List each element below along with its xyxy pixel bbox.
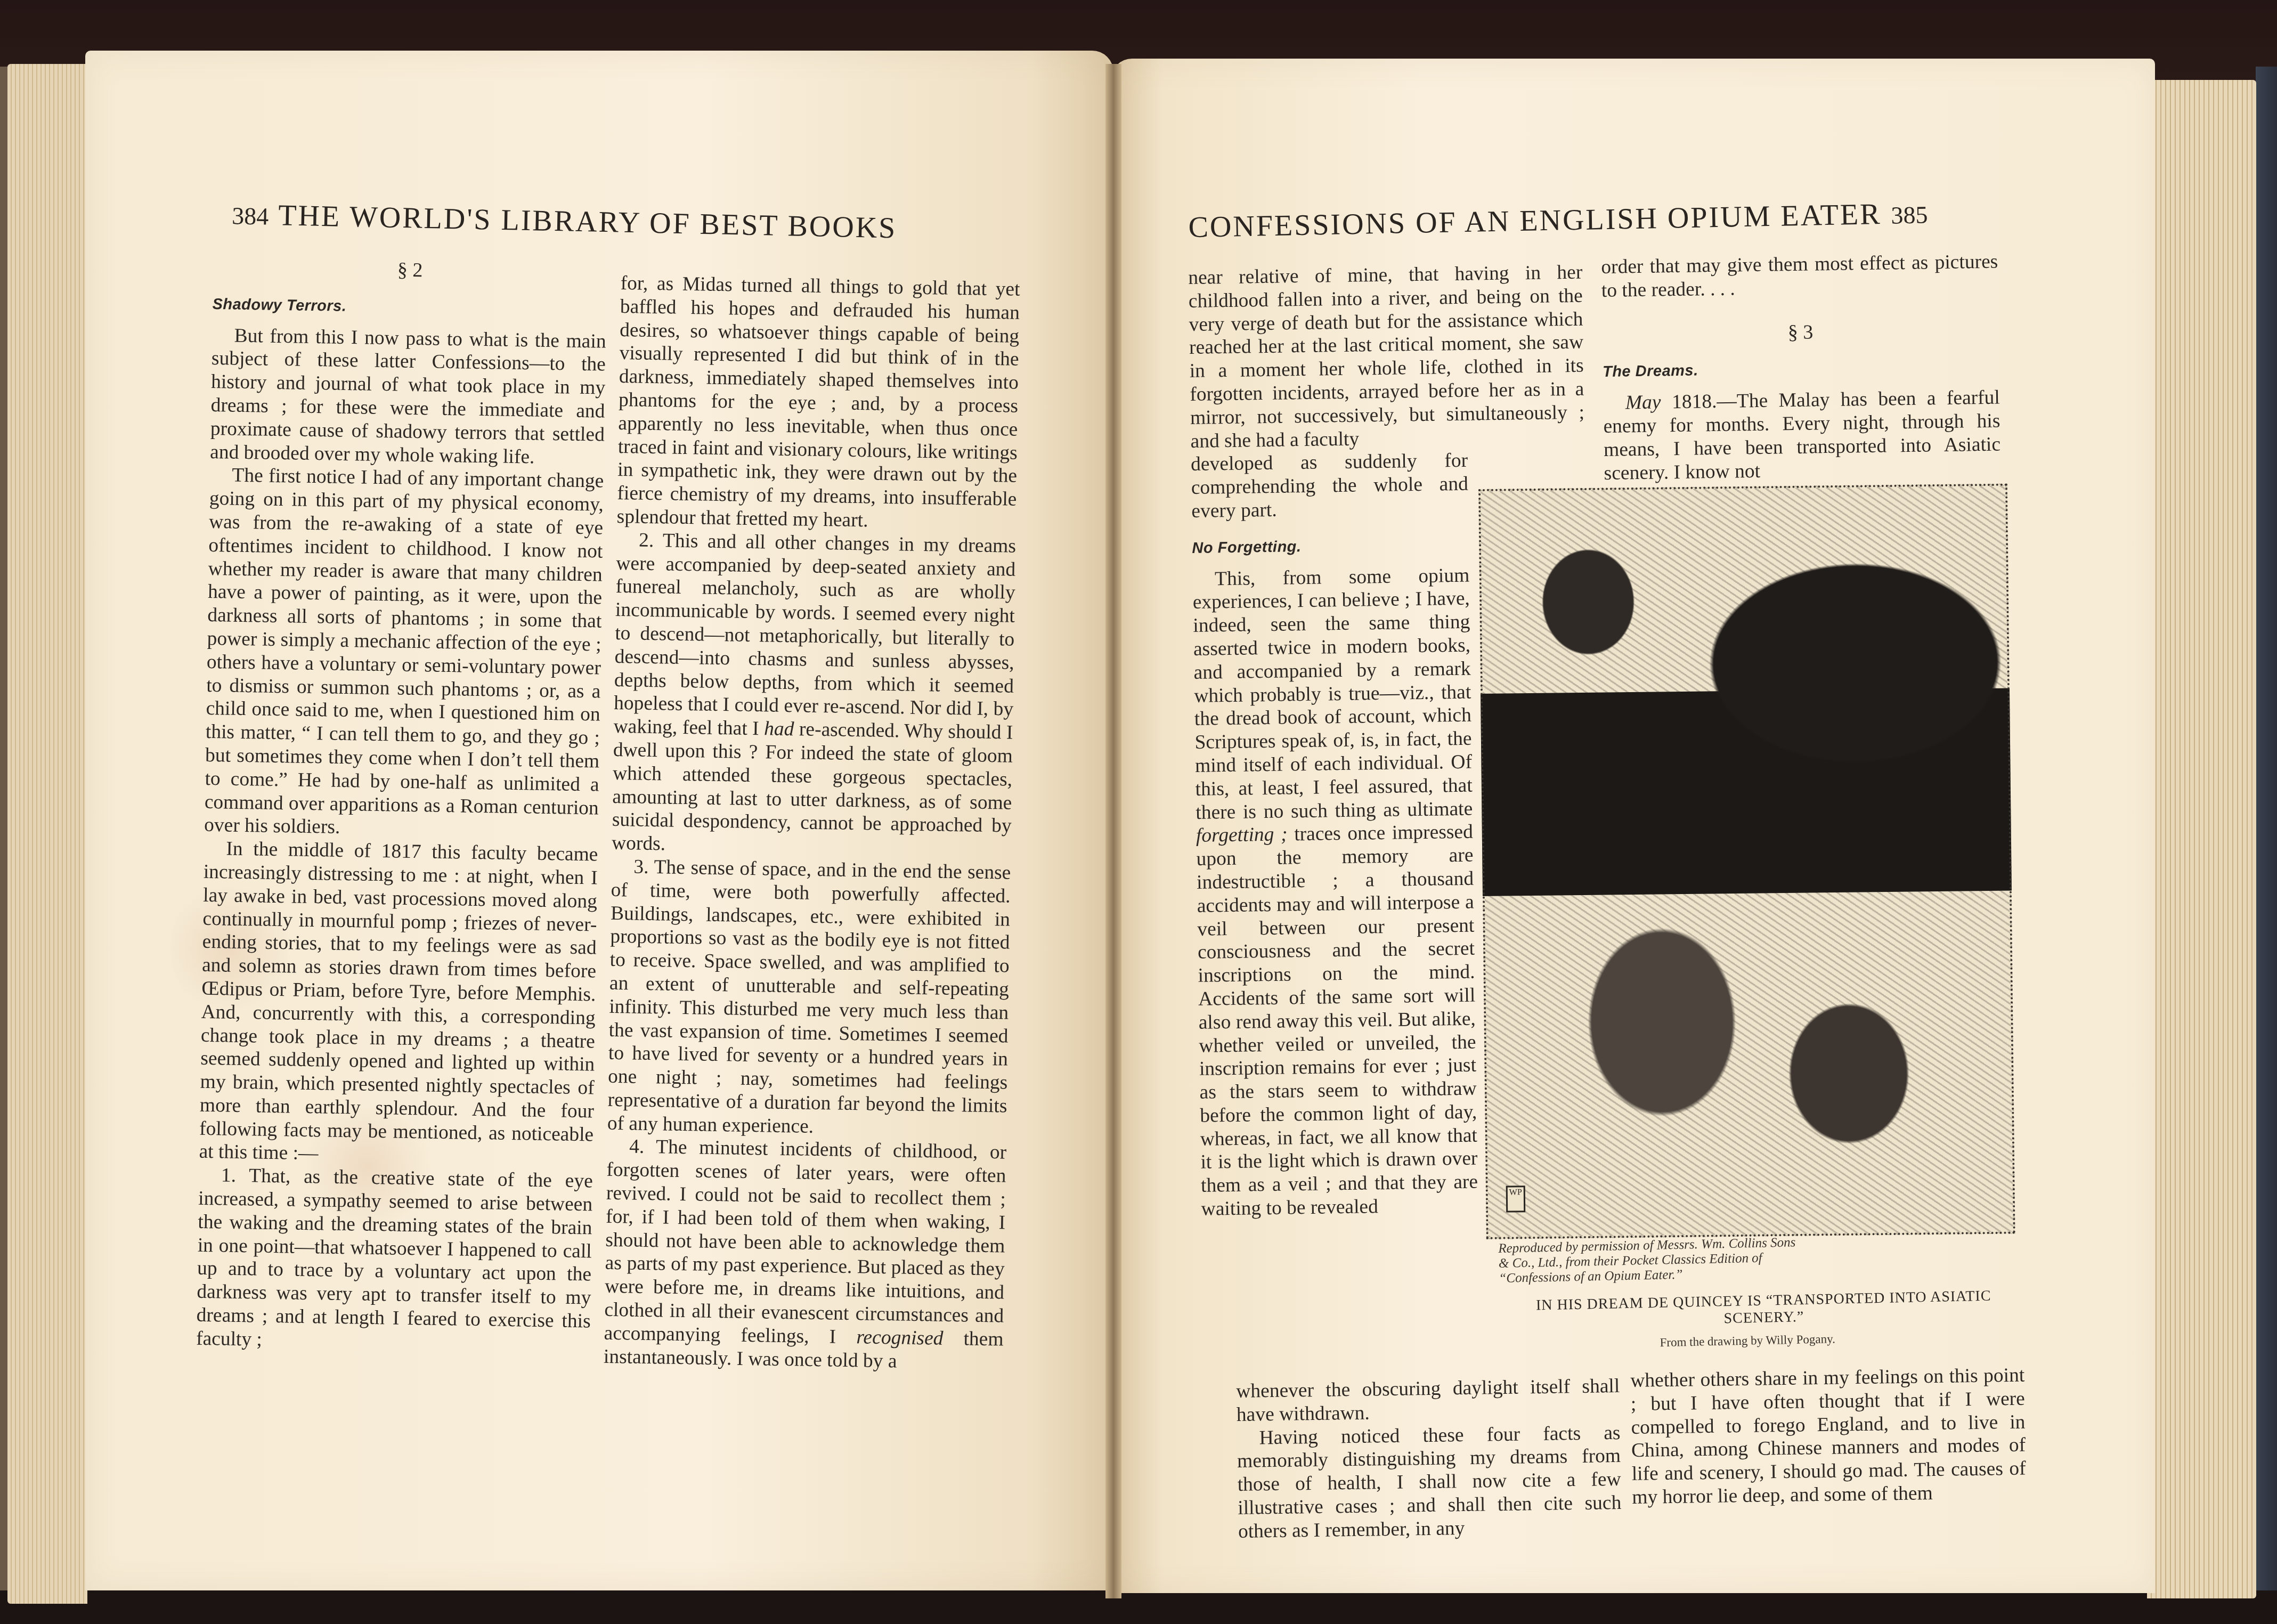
paragraph: But from this I now pass to what is the … — [210, 324, 606, 470]
section-mark-3: § 3 — [1602, 318, 1999, 347]
paragraph: whenever the obscuring daylight itself s… — [1236, 1375, 1620, 1427]
side-heading-shadowy-terrors: Shadowy Terrors. — [212, 293, 607, 322]
paragraph: 4. The minutest incidents of childhood, … — [604, 1135, 1007, 1375]
illustration-asiatic-scenery: WP — [1478, 484, 2015, 1239]
book-gutter — [1105, 64, 1121, 1598]
page-number-left: 384 — [232, 202, 269, 230]
italic-text: recognised — [856, 1326, 944, 1350]
book-cover-right-edge — [2256, 67, 2277, 1590]
text-run: This, from some opium experiences, I can… — [1193, 564, 1473, 823]
text-run: 2. This and all other changes in my drea… — [613, 529, 1016, 740]
left-page-column-1: § 2 Shadowy Terrors. But from this I now… — [196, 256, 607, 1357]
page-stack-right — [2147, 80, 2256, 1598]
side-heading-the-dreams: The Dreams. — [1603, 355, 2000, 384]
right-page-column-2: order that may give them most effect as … — [1601, 250, 2001, 485]
paragraph: 3. The sense of space, and in the end th… — [607, 855, 1011, 1141]
paragraph: 2. This and all other changes in my drea… — [612, 529, 1016, 862]
paragraph: whether others share in my feelings on t… — [1630, 1364, 2027, 1509]
right-page-column-2-bottom: whether others share in my feelings on t… — [1630, 1364, 2027, 1509]
text-run: 1818.—The Malay has been a fearful enemy… — [1603, 387, 2000, 484]
page-stack-left — [7, 64, 87, 1604]
paragraph: near relative of mine, that having in he… — [1188, 261, 1585, 453]
right-page-column-1-bottom: whenever the obscuring daylight itself s… — [1236, 1375, 1622, 1544]
paragraph: for, as Midas turned all things to gold … — [616, 272, 1020, 534]
paragraph: The first notice I had of any important … — [204, 464, 604, 843]
paragraph: order that may give them most effect as … — [1601, 250, 1998, 303]
page-number-right: 385 — [1891, 201, 1928, 229]
paragraph: In the middle of 1817 this faculty becam… — [199, 837, 598, 1170]
text-run: re-ascended. Why should I dwell upon thi… — [612, 718, 1013, 855]
paragraph: developed as suddenly for comprehending … — [1191, 449, 1469, 523]
paragraph: Having noticed these four facts as memor… — [1237, 1422, 1622, 1544]
left-page-column-2: for, as Midas turned all things to gold … — [604, 272, 1020, 1375]
paragraph: 1. That, as the creative state of the ey… — [196, 1164, 593, 1357]
text-run: 4. The minutest incidents of childhood, … — [604, 1136, 1006, 1348]
illustration-credit: Reproduced by permission of Messrs. Wm. … — [1498, 1235, 1798, 1286]
paragraph: This, from some opium experiences, I can… — [1192, 564, 1478, 1221]
italic-text: had — [764, 718, 794, 740]
artist-monogram: WP — [1506, 1185, 1526, 1212]
italic-text: forgetting ; — [1196, 824, 1288, 847]
italic-text: May — [1625, 392, 1661, 414]
paragraph: May 1818.—The Malay has been a fearful e… — [1603, 386, 2001, 485]
text-run: traces once impressed upon the memory ar… — [1196, 821, 1478, 1220]
